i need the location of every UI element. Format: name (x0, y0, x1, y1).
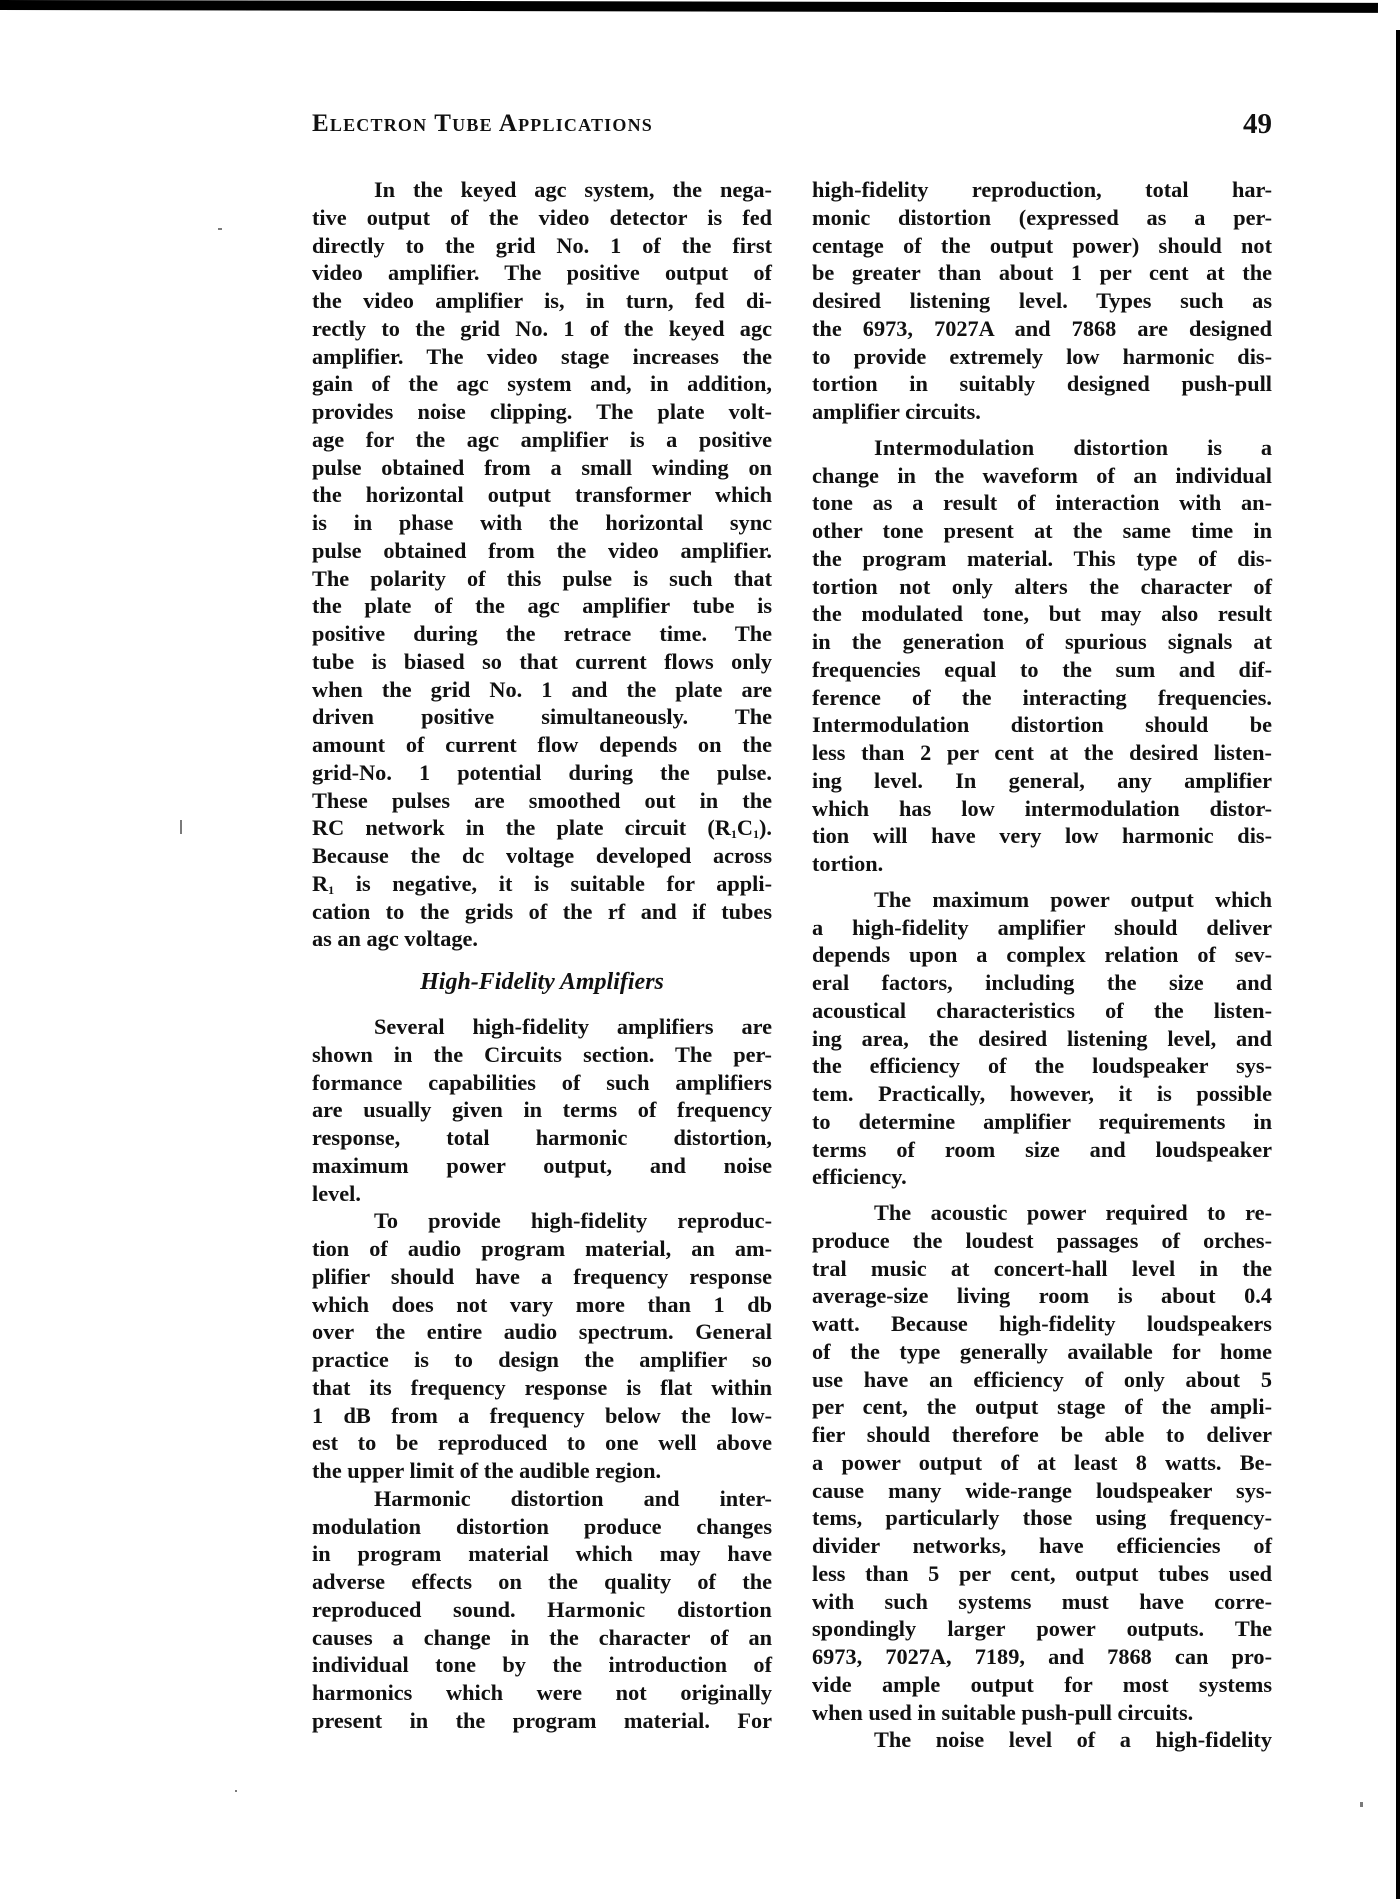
text-line-circuits: shown in the Circuits section. The per- (312, 1041, 772, 1069)
text-line: driven positive simultaneously. The (312, 703, 772, 731)
scan-speck (218, 228, 222, 230)
running-head: Electron Tube Applications 49 (312, 108, 1272, 142)
text-line: are usually given in terms of frequency (312, 1096, 772, 1124)
text-line: The noise level of a high-fidelity (812, 1726, 1272, 1754)
text-line: desired listening level. Types such as (812, 287, 1272, 315)
text-line: practice is to design the amplifier so (312, 1346, 772, 1374)
text-line: is in phase with the horizontal sync (312, 509, 772, 537)
text-line: less than 2 per cent at the desired list… (812, 739, 1272, 767)
text-line: The acoustic power required to re- (812, 1199, 1272, 1227)
text-line: as an agc voltage. (312, 925, 772, 953)
text-line: cause many wide-range loudspeaker sys- (812, 1477, 1272, 1505)
paragraph-harmonic-distortion: Harmonic distortion and inter- modulatio… (312, 1485, 772, 1735)
text-line: Several high-fidelity amplifiers are (312, 1013, 772, 1041)
text-line: divider networks, have efficiencies of (812, 1532, 1272, 1560)
text-line: 6973, 7027A, 7189, and 7868 can pro- (812, 1643, 1272, 1671)
text-line: which has low intermodulation distor- (812, 795, 1272, 823)
text-line: to determine amplifier requirements in (812, 1108, 1272, 1136)
text-line: when used in suitable push-pull circuits… (812, 1699, 1272, 1727)
text-line: causes a change in the character of an (312, 1624, 772, 1652)
text-line: less than 5 per cent, output tubes used (812, 1560, 1272, 1588)
text-line: a power output of at least 8 watts. Be- (812, 1449, 1272, 1477)
text-line-rc-network: RC network in the plate circuit (R1C1). (312, 814, 772, 842)
text-line: to provide extremely low harmonic dis- (812, 343, 1272, 371)
text-line: age for the agc amplifier is a positive (312, 426, 772, 454)
text-line: be greater than about 1 per cent at the (812, 259, 1272, 287)
paragraph-hifi-intro: Several high-fidelity amplifiers are sho… (312, 1013, 772, 1207)
text-line: tive output of the video detector is fed (312, 204, 772, 232)
text-line: in program material which may have (312, 1540, 772, 1568)
text-line: pulse obtained from the video amplifier. (312, 537, 772, 565)
text-line: high-fidelity reproduction, total har- (812, 176, 1272, 204)
circuits-reference: Circuits (484, 1042, 562, 1067)
text-line: a high-fidelity amplifier should deliver (812, 914, 1272, 942)
paragraph-acoustic-power: The acoustic power required to re- produ… (812, 1199, 1272, 1726)
text-line: Harmonic distortion and inter- (312, 1485, 772, 1513)
text-line: spondingly larger power outputs. The (812, 1615, 1272, 1643)
text-line: In the keyed agc system, the nega- (312, 176, 772, 204)
paragraph-noise-level: The noise level of a high-fidelity (812, 1726, 1272, 1754)
text-line: The maximum power output which (812, 886, 1272, 914)
text-line: the program material. This type of dis- (812, 545, 1272, 573)
text-line: harmonics which were not originally (312, 1679, 772, 1707)
text-line: the modulated tone, but may also result (812, 600, 1272, 628)
text-line: fier should therefore be able to deliver (812, 1421, 1272, 1449)
text-line: plifier should have a frequency response (312, 1263, 772, 1291)
term-intermodulation-distortion: Intermodulation distortion (874, 435, 1168, 460)
paragraph-max-power: The maximum power output which a high-fi… (812, 886, 1272, 1191)
text-line: gain of the agc system and, in addition, (312, 370, 772, 398)
scan-right-border (1396, 30, 1400, 1899)
text-line-r1: R1 is negative, it is suitable for appli… (312, 870, 772, 898)
text-line: est to be reproduced to one well above (312, 1429, 772, 1457)
text-line-harmonic-term: reproduced sound. Harmonic distortion (312, 1596, 772, 1624)
text-line: the plate of the agc amplifier tube is (312, 592, 772, 620)
text-line: efficiency. (812, 1163, 1272, 1191)
scan-speck (1360, 1802, 1363, 1807)
text-line: produce the loudest passages of orches- (812, 1227, 1272, 1255)
text-line: 1 dB from a frequency below the low- (312, 1402, 772, 1430)
text-line: when the grid No. 1 and the plate are (312, 676, 772, 704)
text-line: tone as a result of interaction with an- (812, 489, 1272, 517)
running-title: Electron Tube Applications (312, 110, 653, 138)
text-line: tortion not only alters the character of (812, 573, 1272, 601)
paragraph-gap (812, 426, 1272, 434)
left-column: In the keyed agc system, the nega- tive … (312, 176, 772, 1735)
text-line: tortion. (812, 850, 1272, 878)
scan-speck (235, 1790, 237, 1792)
text-line: ing area, the desired listening level, a… (812, 1025, 1272, 1053)
text-line: cation to the grids of the rf and if tub… (312, 898, 772, 926)
text-line: which does not vary more than 1 db (312, 1291, 772, 1319)
text-line: ing level. In general, any amplifier (812, 767, 1272, 795)
scan-speck (180, 820, 182, 834)
text-line: change in the waveform of an individual (812, 462, 1272, 490)
scan-top-border (0, 0, 1378, 13)
paragraph-gap (812, 1191, 1272, 1199)
text-line: tube is biased so that current flows onl… (312, 648, 772, 676)
text-line: formance capabilities of such amplifiers (312, 1069, 772, 1097)
text-line: tion will have very low harmonic dis- (812, 822, 1272, 850)
text-line: that its frequency response is flat with… (312, 1374, 772, 1402)
text-line: in the generation of spurious signals at (812, 628, 1272, 656)
text-line: adverse effects on the quality of the (312, 1568, 772, 1596)
text-line: other tone present at the same time in (812, 517, 1272, 545)
text-line: These pulses are smoothed out in the (312, 787, 772, 815)
text-line: grid-No. 1 potential during the pulse. (312, 759, 772, 787)
text-line: pulse obtained from a small winding on (312, 454, 772, 482)
text-line-intermod-term: Intermodulation distortion is a (812, 434, 1272, 462)
section-heading-high-fidelity: High-Fidelity Amplifiers (312, 955, 772, 1009)
text-line: amplifier circuits. (812, 398, 1272, 426)
text-line: monic distortion (expressed as a per- (812, 204, 1272, 232)
text-line: To provide high-fidelity reproduc- (312, 1207, 772, 1235)
text-line: modulation distortion produce changes (312, 1513, 772, 1541)
text-line: over the entire audio spectrum. General (312, 1318, 772, 1346)
text-line: eral factors, including the size and (812, 969, 1272, 997)
text-line: tortion in suitably designed push-pull (812, 370, 1272, 398)
text-line: positive during the retrace time. The (312, 620, 772, 648)
text-line: tion of audio program material, an am- (312, 1235, 772, 1263)
text-line: tem. Practically, however, it is possibl… (812, 1080, 1272, 1108)
right-column: high-fidelity reproduction, total har- m… (812, 176, 1272, 1754)
text-line: rectly to the grid No. 1 of the keyed ag… (312, 315, 772, 343)
text-line: frequencies equal to the sum and dif- (812, 656, 1272, 684)
text-line: Intermodulation distortion should be (812, 711, 1272, 739)
text-line: centage of the output power) should not (812, 232, 1272, 260)
text-line: watt. Because high-fidelity loudspeakers (812, 1310, 1272, 1338)
paragraph-keyed-agc: In the keyed agc system, the nega- tive … (312, 176, 772, 953)
text-line: the efficiency of the loudspeaker sys- (812, 1052, 1272, 1080)
paragraph-hd-continued: high-fidelity reproduction, total har- m… (812, 176, 1272, 426)
text-line: of the type generally available for home (812, 1338, 1272, 1366)
text-line: tems, particularly those using frequency… (812, 1504, 1272, 1532)
text-line: amplifier. The video stage increases the (312, 343, 772, 371)
text-line: level. (312, 1180, 772, 1208)
text-line: the upper limit of the audible region. (312, 1457, 772, 1485)
text-line: vide ample output for most systems (812, 1671, 1272, 1699)
paragraph-frequency-response: To provide high-fidelity reproduc- tion … (312, 1207, 772, 1485)
text-line: directly to the grid No. 1 of the first (312, 232, 772, 260)
text-line: the 6973, 7027A and 7868 are designed (812, 315, 1272, 343)
text-line: tral music at concert-hall level in the (812, 1255, 1272, 1283)
text-line: terms of room size and loudspeaker (812, 1136, 1272, 1164)
term-harmonic-distortion: Harmonic distortion (547, 1597, 772, 1622)
text-line: with such systems must have corre- (812, 1588, 1272, 1616)
text-line: maximum power output, and noise (312, 1152, 772, 1180)
text-line: provides noise clipping. The plate volt- (312, 398, 772, 426)
text-line: The polarity of this pulse is such that (312, 565, 772, 593)
text-line: use have an efficiency of only about 5 (812, 1366, 1272, 1394)
text-line: Because the dc voltage developed across (312, 842, 772, 870)
text-line: response, total harmonic distortion, (312, 1124, 772, 1152)
text-line: amount of current flow depends on the (312, 731, 772, 759)
text-line: present in the program material. For (312, 1707, 772, 1735)
paragraph-gap (812, 878, 1272, 886)
paragraph-intermodulation: Intermodulation distortion is a change i… (812, 434, 1272, 878)
text-line: depends upon a complex relation of sev- (812, 941, 1272, 969)
text-line: the video amplifier is, in turn, fed di- (312, 287, 772, 315)
page-number: 49 (1243, 108, 1272, 141)
text-line: ference of the interacting frequencies. (812, 684, 1272, 712)
text-line: individual tone by the introduction of (312, 1651, 772, 1679)
text-line: video amplifier. The positive output of (312, 259, 772, 287)
text-line: average-size living room is about 0.4 (812, 1282, 1272, 1310)
text-line: the horizontal output transformer which (312, 481, 772, 509)
text-line: per cent, the output stage of the ampli- (812, 1393, 1272, 1421)
text-line: acoustical characteristics of the listen… (812, 997, 1272, 1025)
